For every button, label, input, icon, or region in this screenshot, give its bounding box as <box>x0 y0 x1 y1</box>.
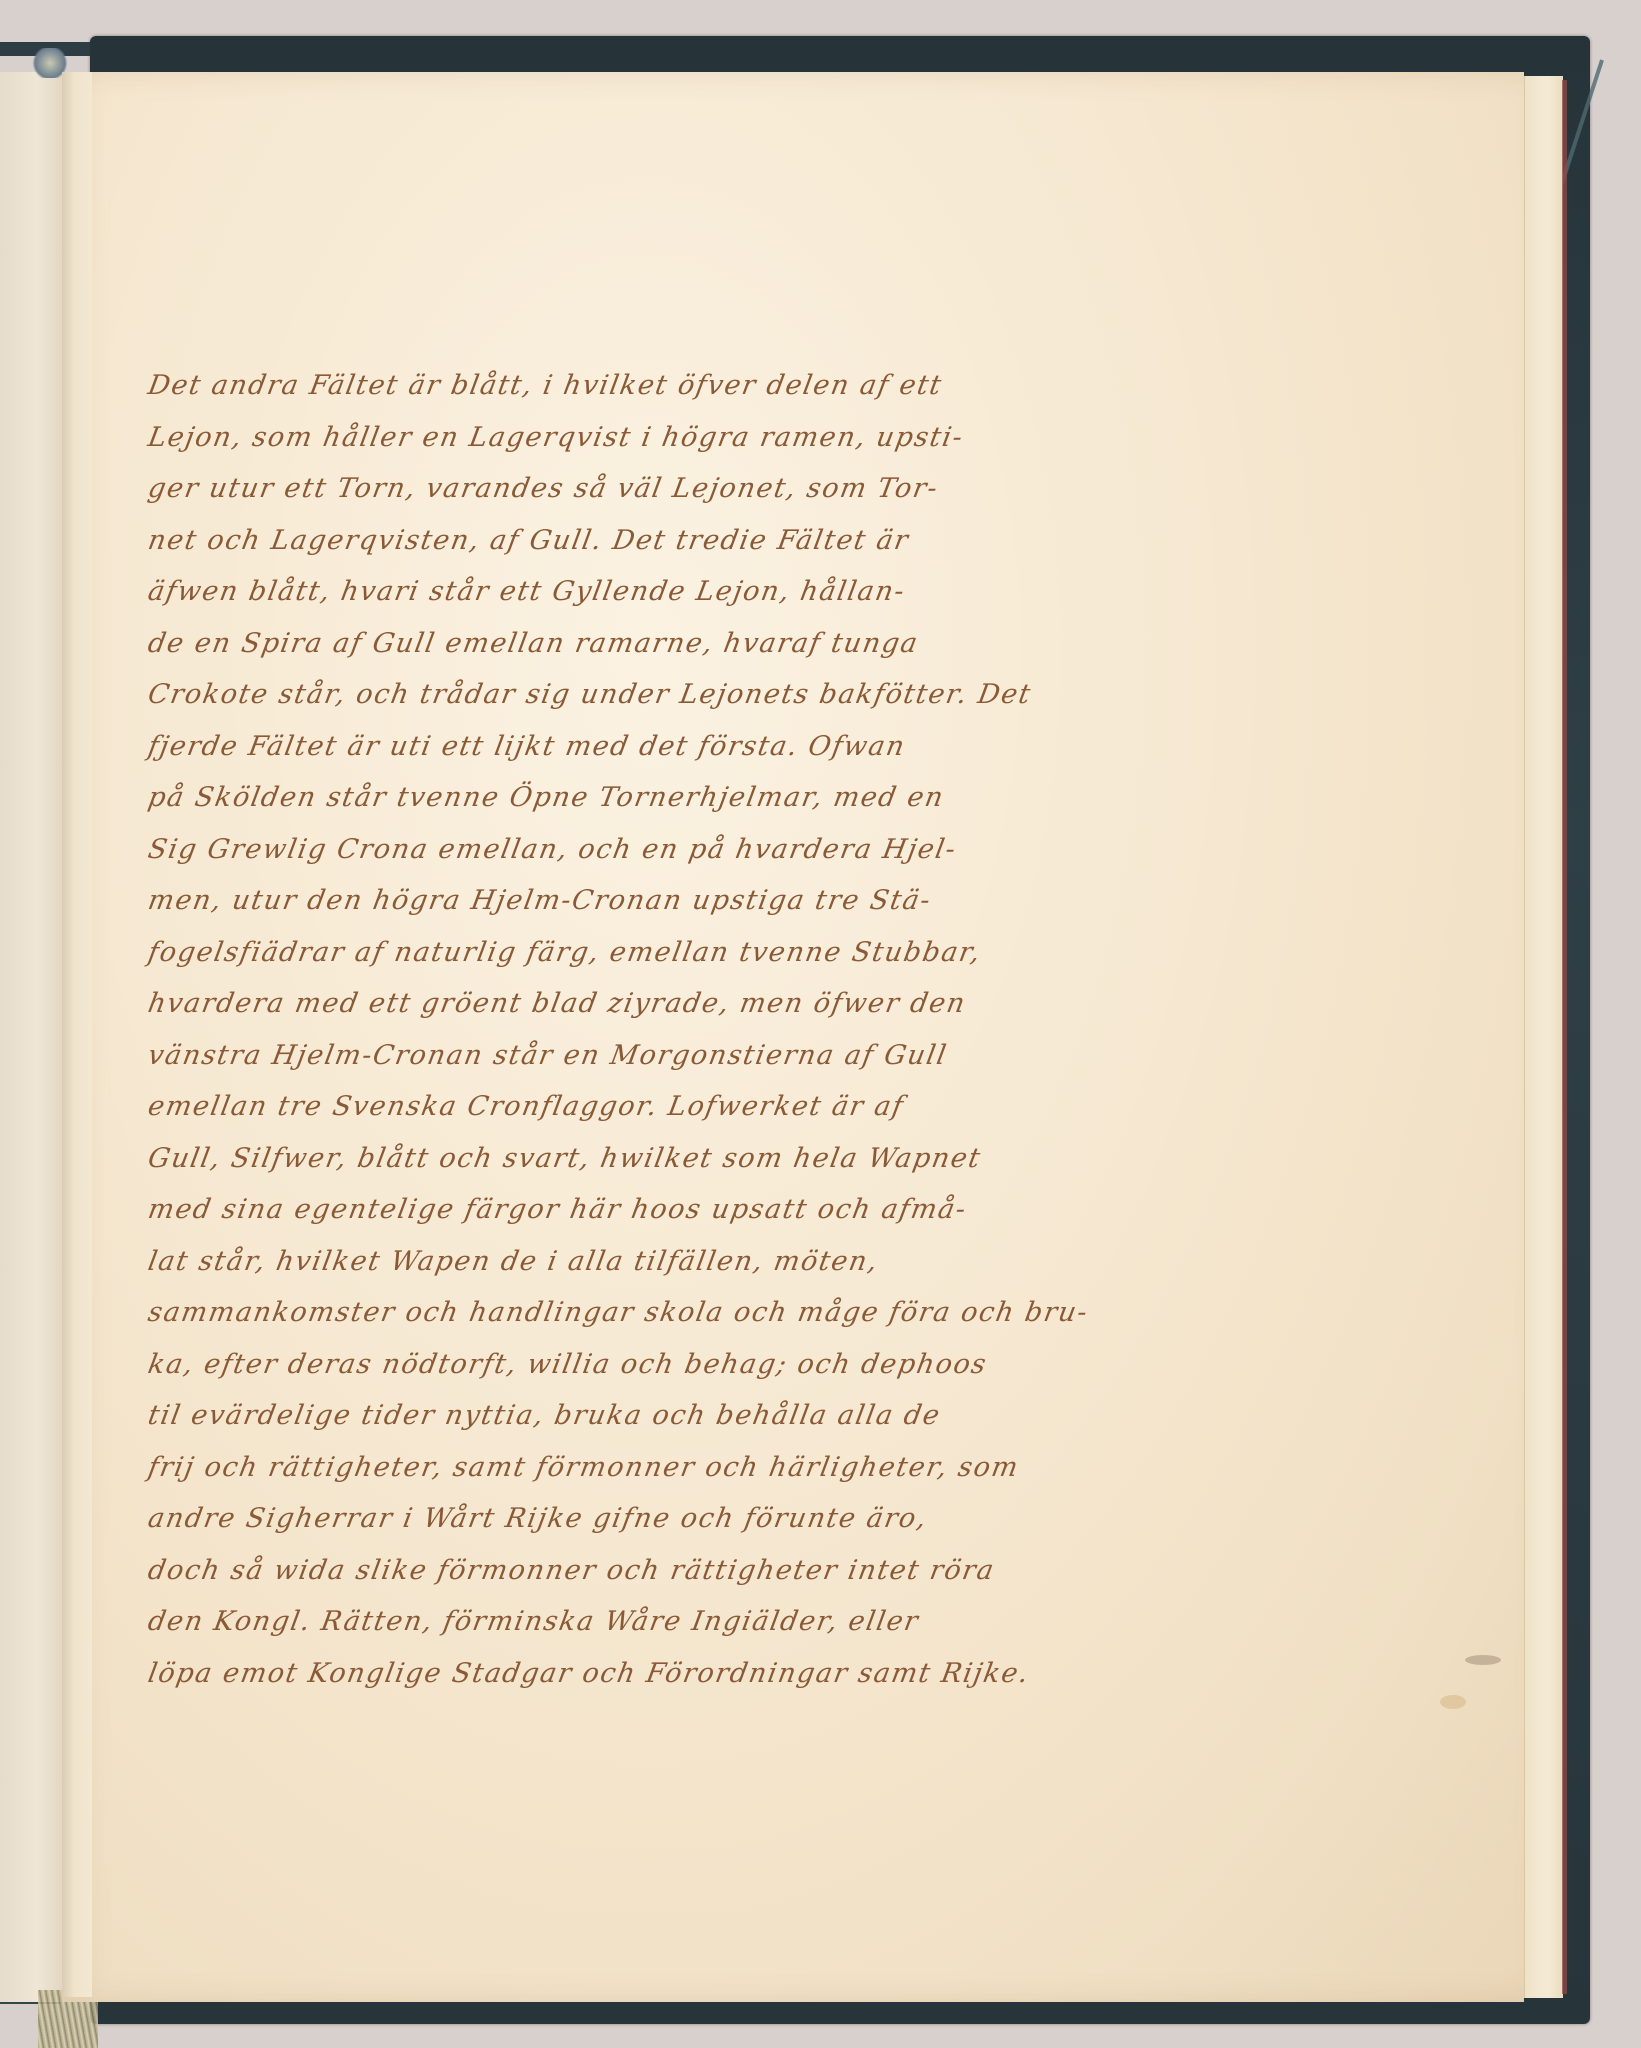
text-line: lat står, hvilket Wapen de i alla tilfäl… <box>143 1238 1232 1290</box>
text-line: Lejon, som håller en Lagerqvist i högra … <box>143 414 1232 466</box>
text-line: Sig Grewlig Crona emellan, och en på hva… <box>143 826 1232 878</box>
text-line: ka, efter deras nödtorft, willia och beh… <box>143 1341 1232 1393</box>
text-line: den Kongl. Rätten, förminska Wåre Ingiäl… <box>143 1598 1232 1650</box>
text-line: sammankomster och handlingar skola och m… <box>143 1289 1232 1341</box>
text-line: net och Lagerqvisten, af Gull. Det tredi… <box>143 517 1232 569</box>
text-line: men, utur den högra Hjelm-Cronan upstiga… <box>143 877 1232 929</box>
text-line: ger utur ett Torn, varandes så väl Lejon… <box>143 465 1232 517</box>
text-line: frij och rättigheter, samt förmonner och… <box>143 1444 1232 1496</box>
text-line: de en Spira af Gull emellan ramarne, hva… <box>143 620 1232 672</box>
text-line: löpa emot Konglige Stadgar och Förordnin… <box>143 1650 1232 1702</box>
text-line: emellan tre Svenska Cronflaggor. Lofwerk… <box>143 1083 1232 1135</box>
text-line: Det andra Fältet är blått, i hvilket öfv… <box>143 362 1232 414</box>
text-line: fjerde Fältet är uti ett lijkt med det f… <box>143 723 1232 775</box>
text-line: på Skölden står tvenne Öpne Tornerhjelma… <box>143 774 1232 826</box>
text-line: andre Sigherrar i Wårt Rijke gifne och f… <box>143 1495 1232 1547</box>
paper-stain <box>1440 1695 1466 1709</box>
text-line: med sina egentelige färgor här hoos upsa… <box>143 1186 1232 1238</box>
red-page-edge <box>1562 80 1567 1994</box>
page-edges <box>1524 76 1563 1998</box>
text-line: hvardera med ett gröent blad ziyrade, me… <box>143 980 1232 1032</box>
left-blank-page <box>0 72 63 2002</box>
text-line: äfwen blått, hvari står ett Gyllende Lej… <box>143 568 1232 620</box>
ink-smudge <box>1465 1655 1501 1665</box>
text-line: Crokote står, och trådar sig under Lejon… <box>143 671 1232 723</box>
text-line: vänstra Hjelm-Cronan står en Morgonstier… <box>143 1032 1232 1084</box>
text-line: Gull, Silfwer, blått och svart, hwilket … <box>143 1135 1232 1187</box>
text-line: doch så wida slike förmonner och rättigh… <box>143 1547 1232 1599</box>
text-line: fogelsfiädrar af naturlig färg, emellan … <box>143 929 1232 981</box>
spine-gutter <box>62 72 92 1997</box>
handwritten-text: Det andra Fältet är blått, i hvilket öfv… <box>148 362 1228 1701</box>
text-line: til evärdelige tider nyttia, bruka och b… <box>143 1392 1232 1444</box>
